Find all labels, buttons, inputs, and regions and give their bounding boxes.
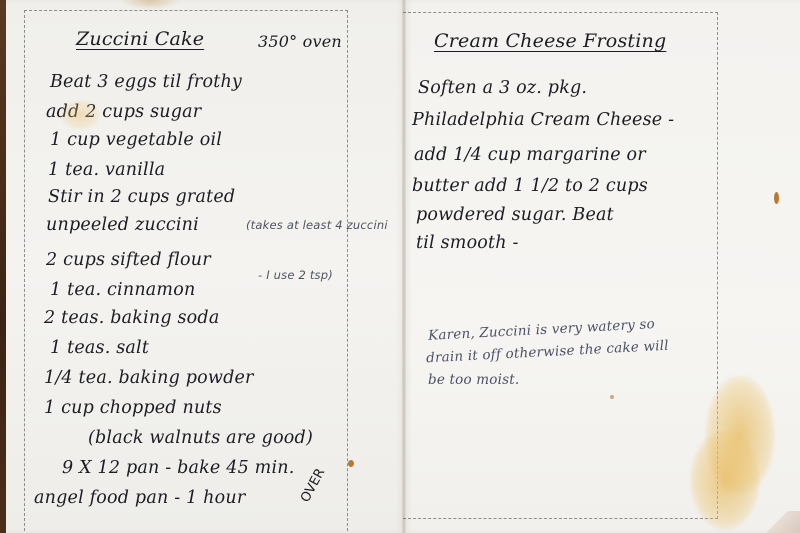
stain — [60, 100, 100, 130]
ingredient-line: 1 tea. vanilla — [48, 160, 165, 180]
pencil-note-zuccini: (takes at least 4 zuccini — [246, 218, 388, 232]
pencil-note-cinnamon: - I use 2 tsp) — [258, 268, 333, 282]
recipe-photo: Zuccini Cake 350° oven Beat 3 eggs til f… — [0, 0, 800, 533]
cake-title: Zuccini Cake — [76, 28, 204, 50]
ingredient-line: 1 teas. salt — [50, 338, 149, 358]
ingredient-line: 1 cup chopped nuts — [44, 398, 222, 418]
ingredient-line: 1 tea. cinnamon — [50, 280, 195, 300]
frosting-title: Cream Cheese Frosting — [434, 30, 666, 52]
stain-speck — [348, 460, 354, 467]
stain-speck — [610, 395, 614, 399]
frosting-line: Soften a 3 oz. pkg. — [418, 78, 587, 98]
frosting-line: add 1/4 cup margarine or — [414, 145, 646, 165]
ingredient-line: Stir in 2 cups grated — [48, 187, 235, 207]
instruction-line: angel food pan - 1 hour — [34, 488, 245, 508]
ingredient-line: unpeeled zuccini — [46, 215, 199, 235]
ingredient-line: 1 cup vegetable oil — [50, 130, 222, 150]
oven-temp: 350° oven — [258, 32, 342, 51]
frosting-line: Philadelphia Cream Cheese - — [412, 110, 674, 130]
frosting-line: til smooth - — [416, 233, 519, 253]
torn-corner — [764, 511, 800, 533]
ingredient-line: 2 cups sifted flour — [46, 250, 211, 270]
page-fold — [402, 0, 406, 533]
note-line: be too moist. — [428, 372, 519, 388]
instruction-line: 9 X 12 pan - bake 45 min. — [62, 458, 295, 478]
ingredient-line: Beat 3 eggs til frothy — [50, 72, 242, 92]
ingredient-line: 1/4 tea. baking powder — [44, 368, 254, 388]
frosting-line: butter add 1 1/2 to 2 cups — [412, 176, 648, 196]
stain — [690, 430, 760, 530]
frosting-line: powdered sugar. Beat — [416, 205, 614, 225]
ingredient-line: (black walnuts are good) — [88, 428, 313, 448]
stain-speck — [774, 192, 779, 204]
ingredient-line: 2 teas. baking soda — [44, 308, 219, 328]
